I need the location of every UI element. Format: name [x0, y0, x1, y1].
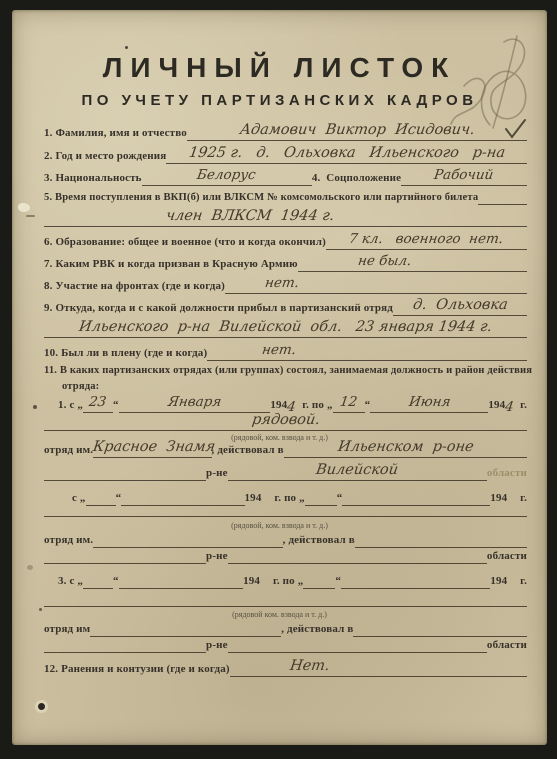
ink-speck — [125, 46, 128, 49]
field-captivity: 10. Был ли в плену (где и когда) нет. — [44, 344, 527, 361]
ink-speck — [33, 405, 37, 409]
entry1-otryad-row: отряд им. Красное Знамя , действовал в И… — [44, 441, 527, 458]
smudge-speck — [27, 565, 33, 570]
punch-hole — [38, 703, 45, 710]
field-captivity-label: 10. Был ли в плену (где и когда) — [44, 347, 207, 361]
field-rvk-line: не был. — [298, 252, 527, 272]
entry1-rne-line: Вилейской — [228, 461, 487, 481]
entry3-day-from-line — [83, 569, 113, 589]
entry1-month-from: Января — [167, 396, 222, 408]
entry1-acted-value: Ильенском р-оне — [337, 441, 474, 453]
field-captivity-line: нет. — [207, 341, 527, 361]
entry1-rne-label: р-не — [206, 467, 228, 481]
field-birth-value: 1925 г. д. Ольховка Ильенского р-на — [188, 147, 506, 159]
paper-sheet: ЛИЧНЫЙ ЛИСТОК ПО УЧЕТУ ПАРТИЗАНСКИХ КАДР… — [12, 10, 547, 745]
entry3-rne-label: р-не — [206, 639, 228, 653]
field-rvk-value: не был. — [357, 255, 412, 267]
field-fronts-line: нет. — [225, 274, 527, 294]
entry1-day-from-line: 23 — [83, 393, 113, 413]
field-nationality-value: Белорус — [197, 169, 257, 181]
scanned-document: ЛИЧНЫЙ ЛИСТОК ПО УЧЕТУ ПАРТИЗАНСКИХ КАДР… — [0, 0, 557, 759]
field-party-label-row: 5. Время поступления в ВКП(б) или ВЛКСМ … — [44, 188, 527, 205]
field-wounds: 12. Ранения и контузии (где и когда) Нет… — [44, 660, 527, 677]
entry1-day-to-line: 12 — [333, 393, 365, 413]
entry1-position-row: рядовой. — [44, 414, 527, 431]
field-arrival-value2: Ильенского р-на Вилейской обл. 23 января… — [78, 321, 493, 333]
field-party-value: член ВЛКСМ 1944 г. — [166, 210, 336, 222]
field-education-value: 7 кл. военного нет. — [349, 233, 505, 245]
field-party-dash-line — [478, 203, 527, 205]
field-nationality-label: 3. Национальность — [44, 172, 142, 186]
field-surname-value: Адамович Виктор Исидович. — [239, 124, 475, 136]
field-fronts-label: 8. Участие на фронтах (где и когда) — [44, 280, 225, 294]
field-education: 6. Образование: общее и военное (что и к… — [44, 233, 527, 250]
entry3-position-row — [44, 590, 527, 607]
entry3-otryad-label: отряд им — [44, 623, 90, 637]
entry1-position: рядовой. — [251, 414, 321, 426]
entry1-rne-row: р-не Вилейской области — [44, 464, 527, 481]
entry2-rne-lead-line — [44, 562, 206, 564]
entry1-month-from-line: Января — [119, 393, 271, 413]
field-social-label: 4. Соцположение — [312, 172, 401, 186]
field-party-line: член ВЛКСМ 1944 г. — [44, 207, 527, 227]
entry3-day-to-line — [303, 569, 335, 589]
entry1-otryad-label: отряд им. — [44, 444, 93, 458]
field-arrival-line2-row: Ильенского р-на Вилейской обл. 23 января… — [44, 321, 527, 338]
field-units-intro-line2: отряда: — [62, 377, 527, 394]
entry3-rne-row: р-не области — [44, 636, 527, 653]
field-arrival-value1: д. Ольховка — [412, 299, 508, 311]
entry3-oblast-label: области — [487, 639, 527, 653]
entry1-acted-line: Ильенском р-оне — [284, 438, 527, 458]
entry1-acted-label: , действовал в — [212, 444, 284, 458]
entry2-rne-row: р-не области — [44, 547, 527, 564]
entry1-position-line: рядовой. — [44, 411, 527, 431]
pencil-dash-mark — [26, 215, 35, 217]
field-wounds-line: Нет. — [230, 657, 527, 677]
field-arrival-line1: д. Ольховка — [393, 296, 527, 316]
field-fronts: 8. Участие на фронтах (где и когда) нет. — [44, 277, 527, 294]
field-surname-label: 1. Фамилия, имя и отчество — [44, 127, 187, 141]
field-surname-line: Адамович Виктор Исидович. — [187, 121, 527, 141]
entry3-rne-lead-line — [44, 651, 206, 653]
entry1-oblast-label: области — [487, 467, 527, 481]
field-birth-line: 1925 г. д. Ольховка Ильенского р-на — [166, 144, 527, 164]
paper-tear — [18, 203, 30, 212]
entry2-position-row — [44, 500, 527, 517]
field-fronts-value: нет. — [264, 277, 300, 289]
field-social-line: Рабочий — [401, 166, 527, 186]
field-birth: 2. Год и место рождения 1925 г. д. Ольхо… — [44, 147, 527, 164]
field-units-intro-line1: 11. В каких партизанских отрядах (или гр… — [44, 361, 527, 378]
entry3-month-from-line — [119, 569, 243, 589]
field-birth-label: 2. Год и место рождения — [44, 150, 166, 164]
entry1-day-from: 23 — [89, 396, 108, 408]
entry2-oblast-label: области — [487, 550, 527, 564]
field-arrival-line2: Ильенского р-на Вилейской обл. 23 января… — [44, 318, 527, 338]
field-nationality-social: 3. Национальность Белорус 4. Соцположени… — [44, 169, 527, 186]
field-education-line: 7 кл. военного нет. — [326, 230, 527, 250]
field-party-value-row: член ВЛКСМ 1944 г. — [44, 210, 527, 227]
field-party-label: 5. Время поступления в ВКП(б) или ВЛКСМ … — [44, 192, 478, 205]
entry2-rne-line — [228, 544, 487, 564]
entry1-month-to-line: Июня — [370, 393, 488, 413]
entry2-otryad-label: отряд им. — [44, 534, 93, 548]
entry1-otryad-name: Красное Знамя — [92, 441, 216, 453]
entry1-month-to: Июня — [408, 396, 451, 408]
field-wounds-label: 12. Ранения и контузии (где и когда) — [44, 663, 230, 677]
entry3-position-line — [44, 587, 527, 607]
field-social-value: Рабочий — [434, 169, 495, 181]
entry2-rne-label: р-не — [206, 550, 228, 564]
entry3-rne-line — [228, 633, 487, 653]
field-surname: 1. Фамилия, имя и отчество Адамович Викт… — [44, 124, 527, 141]
field-captivity-value: нет. — [261, 344, 297, 356]
field-wounds-value: Нет. — [289, 660, 330, 672]
entry1-day-to: 12 — [339, 396, 358, 408]
entry1-otryad-line: Красное Знамя — [93, 438, 211, 458]
field-nationality-line: Белорус — [142, 166, 312, 186]
ink-speck — [39, 608, 42, 611]
field-rvk-label: 7. Каким РВК и когда призван в Красную А… — [44, 258, 298, 272]
entry1-rne-lead-line — [44, 479, 206, 481]
field-education-label: 6. Образование: общее и военное (что и к… — [44, 236, 326, 250]
field-rvk: 7. Каким РВК и когда призван в Красную А… — [44, 255, 527, 272]
entry3-month-to-line — [341, 569, 490, 589]
field-arrival-label: 9. Откуда, когда и с какой должности при… — [44, 302, 393, 316]
entry1-rne-value: Вилейской — [315, 464, 399, 476]
entry2-position-line — [44, 497, 527, 517]
field-arrival: 9. Откуда, когда и с какой должности при… — [44, 299, 527, 316]
